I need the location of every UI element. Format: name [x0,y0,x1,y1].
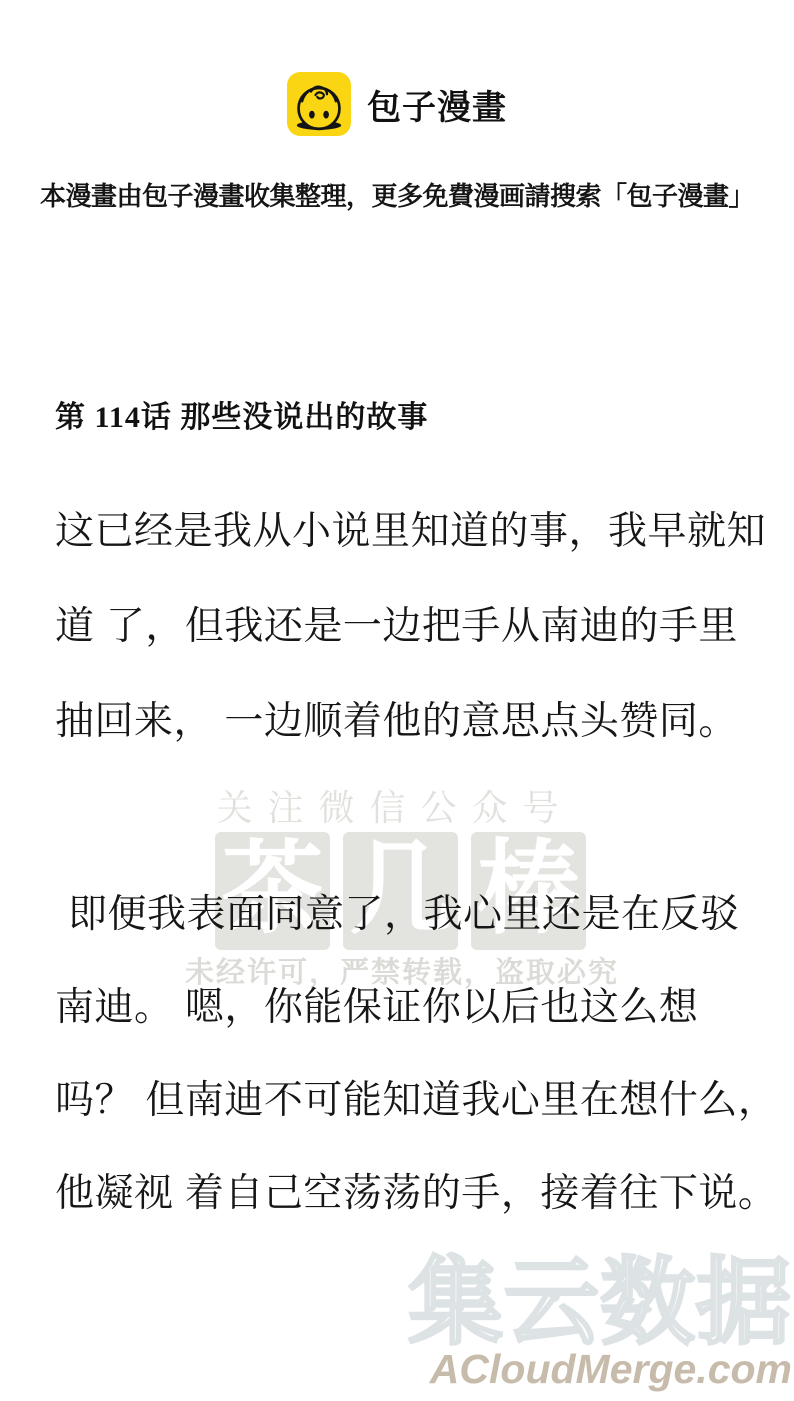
paragraph-line: 吗？ 但南迪不可能知道我心里在想什么， [55,1054,777,1147]
paragraph-1: 这已经是我从小说里知道的事，我早就知 道 了，但我还是一边把手从南迪的手里 抽回… [55,484,766,769]
site-logo: 包子漫畫 [0,72,794,136]
paragraph-line: 南迪。 嗯，你能保证你以后也这么想 [55,961,777,1054]
paragraph-line: 这已经是我从小说里知道的事，我早就知 [55,484,766,579]
watermark-follow-wechat: 关注微信公众号 [190,780,600,831]
collection-notice: 本漫畫由包子漫畫收集整理，更多免費漫画請搜索「包子漫畫」 [0,176,794,213]
paragraph-line: 他凝视 着自己空荡荡的手，接着往下说。 [55,1147,777,1240]
paragraph-line: 即便我表面同意了，我心里还是在反驳 [55,868,777,961]
baozi-bun-icon [287,72,351,136]
watermark-brand: 集云数据 [408,1255,792,1352]
watermark-bottom: 集云数据 ACloudMerge.com [408,1255,792,1393]
paragraph-line: 抽回来， 一边顺着他的意思点头赞同。 [55,674,766,769]
paragraph-line: 道 了，但我还是一边把手从南迪的手里 [55,579,766,674]
chapter-title: 第 114话 那些没说出的故事 [55,392,428,436]
logo-wordmark: 包子漫畫 [367,80,507,129]
paragraph-2: 即便我表面同意了，我心里还是在反驳 南迪。 嗯，你能保证你以后也这么想 吗？ 但… [55,868,777,1240]
watermark-site-url: ACloudMerge.com [408,1346,792,1393]
